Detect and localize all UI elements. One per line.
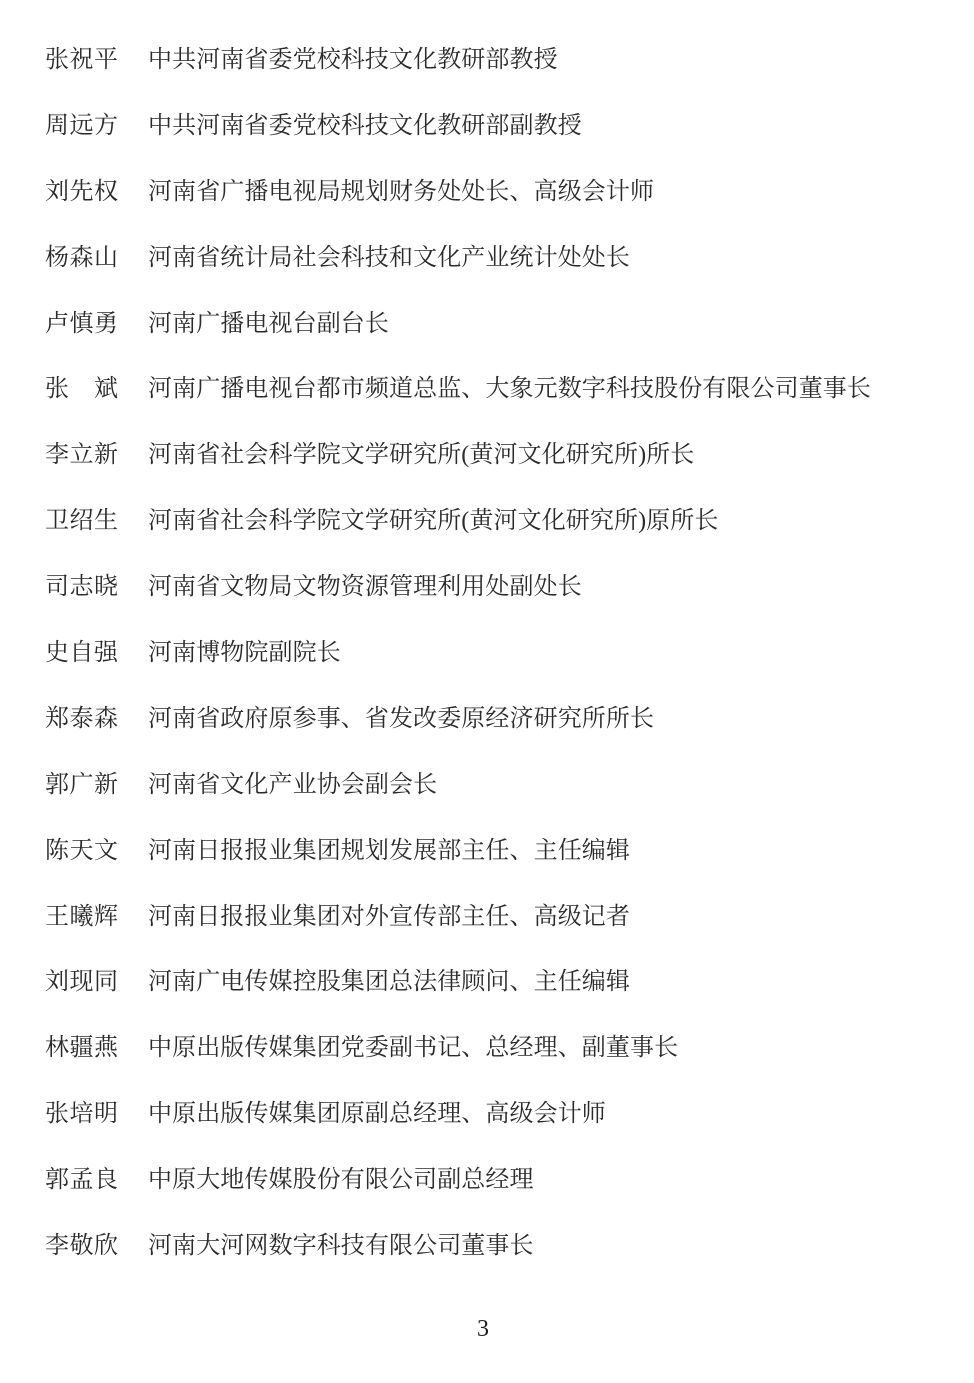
person-name: 李立新 <box>45 443 118 467</box>
person-title: 河南省政府原参事、省发改委原经济研究所所长 <box>148 707 654 731</box>
person-title: 中原出版传媒集团原副总经理、高级会计师 <box>148 1102 606 1126</box>
person-title: 河南大河网数字科技有限公司董事长 <box>148 1234 534 1258</box>
person-row: 司志晓 河南省文物局文物资源管理利用处副处长 <box>45 554 934 620</box>
person-name: 司志晓 <box>45 575 118 599</box>
person-name: 张祝平 <box>45 48 118 72</box>
person-name: 李敬欣 <box>45 1234 118 1258</box>
person-name: 郑泰森 <box>45 707 118 731</box>
person-name: 刘现同 <box>45 970 118 994</box>
person-title: 河南省文物局文物资源管理利用处副处长 <box>148 575 582 599</box>
person-row: 刘先权 河南省广播电视局规划财务处处长、高级会计师 <box>45 159 934 225</box>
person-row: 李立新 河南省社会科学院文学研究所(黄河文化研究所)所长 <box>45 422 934 488</box>
person-name: 林疆燕 <box>45 1036 118 1060</box>
person-name: 周远方 <box>45 114 118 138</box>
person-name: 杨森山 <box>45 246 118 270</box>
person-name: 史自强 <box>45 641 118 665</box>
person-title: 中共河南省委党校科技文化教研部副教授 <box>148 114 582 138</box>
person-row: 张祝平 中共河南省委党校科技文化教研部教授 <box>45 27 934 93</box>
person-row: 刘现同 河南广电传媒控股集团总法律顾问、主任编辑 <box>45 949 934 1015</box>
person-title: 河南日报报业集团对外宣传部主任、高级记者 <box>148 905 630 929</box>
person-row: 卫绍生 河南省社会科学院文学研究所(黄河文化研究所)原所长 <box>45 488 934 554</box>
person-title: 河南省社会科学院文学研究所(黄河文化研究所)原所长 <box>148 509 718 533</box>
person-name: 刘先权 <box>45 180 118 204</box>
person-row: 林疆燕 中原出版传媒集团党委副书记、总经理、副董事长 <box>45 1015 934 1081</box>
person-title: 河南省社会科学院文学研究所(黄河文化研究所)所长 <box>148 443 694 467</box>
person-name: 王曦辉 <box>45 905 118 929</box>
person-name: 陈天文 <box>45 839 118 863</box>
person-row: 卢慎勇 河南广播电视台副台长 <box>45 291 934 357</box>
person-title: 中共河南省委党校科技文化教研部教授 <box>148 48 558 72</box>
person-row: 郑泰森 河南省政府原参事、省发改委原经济研究所所长 <box>45 686 934 752</box>
person-name: 张斌 <box>45 377 118 401</box>
person-title: 中原大地传媒股份有限公司副总经理 <box>148 1168 534 1192</box>
person-row: 史自强 河南博物院副院长 <box>45 620 934 686</box>
person-title: 河南广播电视台副台长 <box>148 312 389 336</box>
person-name: 卫绍生 <box>45 509 118 533</box>
person-row: 周远方 中共河南省委党校科技文化教研部副教授 <box>45 93 934 159</box>
person-title: 河南广电传媒控股集团总法律顾问、主任编辑 <box>148 970 630 994</box>
person-row: 陈天文 河南日报报业集团规划发展部主任、主任编辑 <box>45 818 934 884</box>
document-page: 张祝平 中共河南省委党校科技文化教研部教授 周远方 中共河南省委党校科技文化教研… <box>0 0 974 1383</box>
person-title: 河南广播电视台都市频道总监、大象元数字科技股份有限公司董事长 <box>148 377 871 401</box>
person-row: 郭广新 河南省文化产业协会副会长 <box>45 752 934 818</box>
person-title: 河南省统计局社会科技和文化产业统计处处长 <box>148 246 630 270</box>
person-row: 王曦辉 河南日报报业集团对外宣传部主任、高级记者 <box>45 884 934 950</box>
person-title: 河南省文化产业协会副会长 <box>148 773 437 797</box>
person-name: 郭孟良 <box>45 1168 118 1192</box>
people-roster: 张祝平 中共河南省委党校科技文化教研部教授 周远方 中共河南省委党校科技文化教研… <box>45 27 934 1279</box>
person-title: 河南日报报业集团规划发展部主任、主任编辑 <box>148 839 630 863</box>
person-title: 河南博物院副院长 <box>148 641 341 665</box>
person-row: 杨森山 河南省统计局社会科技和文化产业统计处处长 <box>45 225 934 291</box>
person-name: 张培明 <box>45 1102 118 1126</box>
person-title: 中原出版传媒集团党委副书记、总经理、副董事长 <box>148 1036 678 1060</box>
person-row: 李敬欣 河南大河网数字科技有限公司董事长 <box>45 1213 934 1279</box>
person-row: 郭孟良 中原大地传媒股份有限公司副总经理 <box>45 1147 934 1213</box>
person-name: 卢慎勇 <box>45 312 118 336</box>
person-row: 张斌 河南广播电视台都市频道总监、大象元数字科技股份有限公司董事长 <box>45 356 934 422</box>
person-row: 张培明 中原出版传媒集团原副总经理、高级会计师 <box>45 1081 934 1147</box>
page-number: 3 <box>0 1316 966 1343</box>
person-title: 河南省广播电视局规划财务处处长、高级会计师 <box>148 180 654 204</box>
person-name: 郭广新 <box>45 773 118 797</box>
